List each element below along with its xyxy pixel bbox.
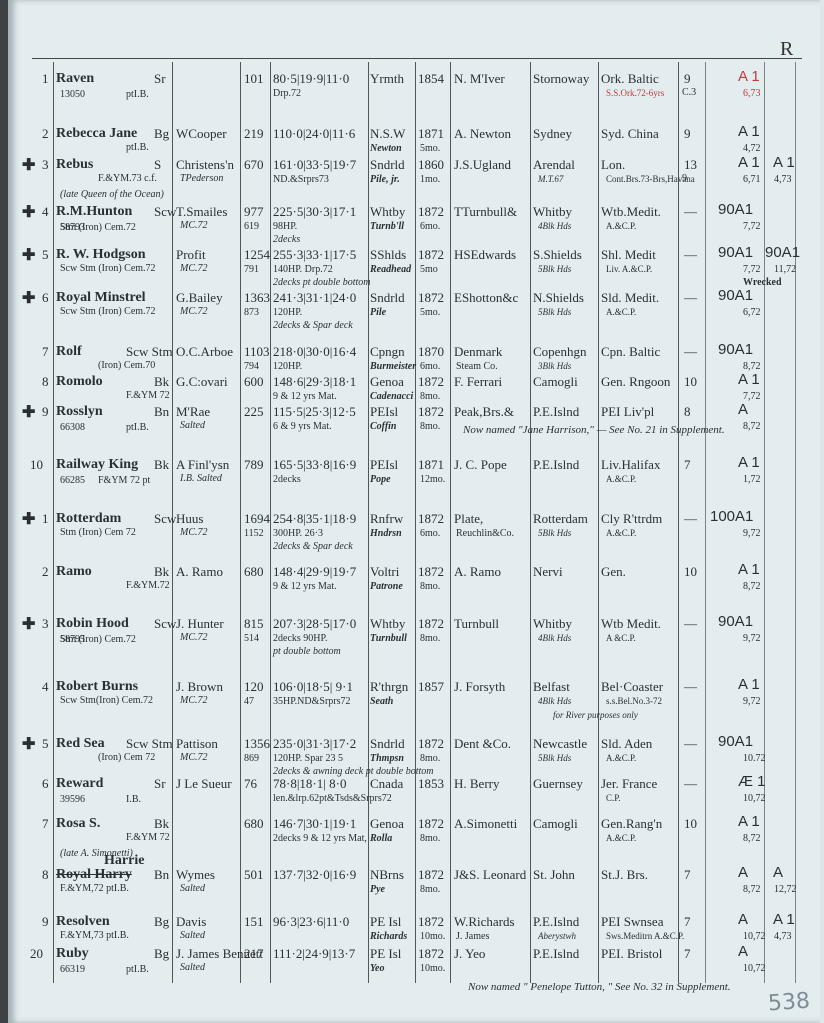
master-notes: I.B. Salted — [180, 472, 222, 485]
classification: 90A1 — [718, 289, 753, 302]
master-name: M'Rae — [176, 405, 210, 418]
builder: Burmeister — [370, 360, 416, 373]
entry-number: 8 — [42, 375, 49, 388]
dimension-notes: 120HP. — [273, 360, 302, 373]
dimension-notes-2: pt double bottom — [273, 645, 341, 658]
classification: A 1 — [738, 456, 760, 469]
master-notes: MC.72 — [180, 219, 208, 232]
port-notes: 3Blk Hds — [538, 360, 571, 373]
gross-tons: 670 — [244, 158, 264, 171]
dimensions: 115·5|25·3|12·5 — [273, 405, 356, 418]
draught: — — [684, 345, 697, 358]
draught: 10 — [684, 375, 697, 388]
owners: A.Simonetti — [454, 817, 517, 830]
hull-notes: F.&YM 72 — [126, 389, 170, 402]
rig-type: Bg — [154, 915, 169, 928]
hull-notes: I.B. — [126, 793, 141, 806]
rig-type: Sr — [154, 72, 166, 85]
rig-type: Bn — [154, 868, 169, 881]
voyage-notes: A.&C.P. — [606, 527, 636, 540]
built-at: PE Isl — [370, 947, 401, 960]
net-tons: 794 — [244, 360, 259, 373]
destined-voyage: Gen. Rngoon — [601, 375, 670, 388]
port-of-registry: Guernsey — [533, 777, 583, 790]
hull-notes: ptI.B. — [126, 88, 149, 101]
build-year: 1872 — [418, 405, 444, 418]
master-name: Pattison — [176, 737, 218, 750]
destined-voyage: Bel·Coaster — [601, 680, 663, 693]
dimensions: 148·6|29·3|18·1 — [273, 375, 356, 388]
gross-tons: 1254 — [244, 248, 270, 261]
class-date: 8,72 — [743, 832, 761, 845]
net-tons: 1152 — [244, 527, 264, 540]
owners: Denmark — [454, 345, 502, 358]
hull-notes: Stm (Iron) Cem.72 — [60, 221, 136, 234]
voyage-notes: A &C.P. — [606, 632, 636, 645]
dimension-notes: len.&lrp.62pt&Tsds&Srprs72 — [273, 792, 392, 805]
owners: Turnbull — [454, 617, 499, 630]
classification: A 1 — [738, 373, 760, 386]
net-tons: 791 — [244, 263, 259, 276]
dimensions: 165·5|33·8|16·9 — [273, 458, 356, 471]
dimension-notes-2: 2decks pt double bottom — [273, 276, 370, 289]
entry-number: 20 — [30, 947, 43, 960]
rig-type: Bg — [154, 127, 169, 140]
master-name: Christens'n — [176, 158, 234, 171]
cross-mark-icon: ✚ — [22, 288, 35, 308]
destined-voyage: Wtb.Medit. — [601, 205, 661, 218]
gross-tons: 680 — [244, 565, 264, 578]
hull-notes: Scw Stm(Iron) Cem.72 — [60, 694, 153, 707]
book-spine — [0, 0, 8, 1023]
gross-tons: 977 — [244, 205, 264, 218]
cross-mark-icon: ✚ — [22, 245, 35, 265]
draught: 7 — [684, 947, 691, 960]
port-of-registry: Whitby — [533, 205, 572, 218]
rig-type: S — [154, 158, 161, 171]
master-notes: MC.72 — [180, 694, 208, 707]
extra-classification: A — [773, 866, 783, 879]
gross-tons: 1694 — [244, 512, 270, 525]
dimensions: 106·0|18·5| 9·1 — [273, 680, 353, 693]
age: 5mo — [420, 263, 438, 276]
rig-type: Scw — [154, 512, 176, 525]
owners: Peak,Brs.& — [454, 405, 514, 418]
age: 10mo. — [420, 962, 445, 975]
draught: — — [684, 777, 697, 790]
port-of-registry: Camogli — [533, 375, 578, 388]
dimension-notes: 120HP. — [273, 306, 302, 319]
master-notes: MC.72 — [180, 305, 208, 318]
classification: A 1 — [738, 125, 760, 138]
master-name: Davis — [176, 915, 206, 928]
age: 8mo. — [420, 390, 440, 403]
port-of-registry: P.E.Islnd — [533, 405, 579, 418]
build-year: 1872 — [418, 947, 444, 960]
draught: 10 — [684, 817, 697, 830]
built-at: Rnfrw — [370, 512, 403, 525]
classification: 90A1 — [718, 735, 753, 748]
master-notes: Salted — [180, 961, 205, 974]
gross-tons: 789 — [244, 458, 264, 471]
entry-number: 2 — [42, 565, 49, 578]
hull-notes: F.&YM 72 — [126, 831, 170, 844]
built-at: SShlds — [370, 248, 406, 261]
port-of-registry: P.E.Islnd — [533, 915, 579, 928]
hull-notes: F&YM 72 pt — [98, 474, 150, 487]
class-date: 10.72 — [743, 752, 766, 765]
cross-mark-icon: ✚ — [22, 202, 35, 222]
ship-name: Ruby — [56, 947, 89, 960]
gross-tons: 1103 — [244, 345, 270, 358]
class-date: 7,72 — [743, 263, 761, 276]
port-of-registry: N.Shields — [533, 291, 584, 304]
rig-type: Bk — [154, 565, 169, 578]
master-name: J. Brown — [176, 680, 223, 693]
port-notes: 5Blk Hds — [538, 752, 571, 765]
builder: Coffin — [370, 420, 397, 433]
destined-voyage: Gen.Rang'n — [601, 817, 662, 830]
draught: — — [684, 205, 697, 218]
ship-name: Rosslyn — [56, 405, 103, 418]
built-at: PE Isl — [370, 915, 401, 928]
built-at: Whtby — [370, 617, 405, 630]
column-rule — [705, 62, 706, 983]
dimension-notes: 9 & 12 yrs Mat. — [273, 390, 337, 403]
rig-type: Bk — [154, 458, 169, 471]
port-of-registry: S.Shields — [533, 248, 582, 261]
master-name: WCooper — [176, 127, 227, 140]
port-of-registry: Newcastle — [533, 737, 587, 750]
port-notes: 5Blk Hds — [538, 527, 571, 540]
build-year: 1853 — [418, 777, 444, 790]
hull-notes: F.&YM.73 c.f. — [98, 172, 157, 185]
former-name: (late Queen of the Ocean) — [60, 188, 164, 201]
extra-class-date: 4,73 — [774, 930, 792, 943]
builder: Richards — [370, 930, 407, 943]
builder: Pope — [370, 473, 391, 486]
master-notes: Salted — [180, 929, 205, 942]
gross-tons: 101 — [244, 72, 264, 85]
entry-number: 9 — [42, 915, 49, 928]
classification: Æ 1 — [738, 775, 766, 788]
draught: 10 — [684, 565, 697, 578]
class-date: 9,72 — [743, 695, 761, 708]
dimension-notes: 9 & 12 yrs Mat. — [273, 580, 337, 593]
class-date: 1,72 — [743, 473, 761, 486]
ship-name: Reward — [56, 777, 103, 790]
builder: Hndrsn — [370, 527, 402, 540]
master-notes: MC.72 — [180, 631, 208, 644]
port-notes: 4Blk Hds — [538, 220, 571, 233]
hull-notes: F.&YM,73 ptI.B. — [60, 929, 129, 942]
draught: 9 — [684, 72, 691, 85]
voyage-extra-note: for River purposes only — [553, 709, 638, 722]
column-rule — [795, 62, 796, 983]
builder: Thmpsn — [370, 752, 404, 765]
draught: 7 — [684, 868, 691, 881]
ship-name: Ramo — [56, 565, 92, 578]
built-at: NBrns — [370, 868, 404, 881]
extra-class-date: 12,72 — [774, 883, 797, 896]
hull-notes: (Iron) Cem 72 — [98, 751, 155, 764]
classification: 100A1 — [710, 510, 753, 523]
ship-name: Royal Minstrel — [56, 291, 146, 304]
draught-note: C.3 — [682, 86, 696, 99]
port-notes: 5Blk Hds — [538, 306, 571, 319]
master-name: T.Smailes — [176, 205, 227, 218]
port-of-registry: P.E.Islnd — [533, 947, 579, 960]
age: 8mo. — [420, 832, 440, 845]
owners: F. Ferrari — [454, 375, 502, 388]
destined-voyage: Gen. — [601, 565, 626, 578]
age: 8mo. — [420, 632, 440, 645]
dimension-notes: 98HP. — [273, 220, 297, 233]
draught: — — [684, 617, 697, 630]
owners-2: Steam Co. — [456, 360, 498, 373]
column-rule — [678, 62, 679, 983]
entry-number: 4 — [42, 680, 49, 693]
hull-notes: Scw Stm (Iron) Cem.72 — [60, 305, 156, 318]
port-of-registry: Whitby — [533, 617, 572, 630]
port-notes: Aberystwh — [538, 930, 576, 943]
rig-type: Scw Stm — [126, 737, 173, 750]
builder: Yeo — [370, 962, 384, 975]
official-number: 13050 — [60, 88, 85, 101]
owners: A. Ramo — [454, 565, 501, 578]
dimensions: 148·4|29·9|19·7 — [273, 565, 356, 578]
classification: 90A1 — [718, 246, 753, 259]
cross-mark-icon: ✚ — [22, 734, 35, 754]
draught: — — [684, 248, 697, 261]
built-at: Sndrld — [370, 158, 405, 171]
class-date: 6,71 — [743, 173, 761, 186]
age: 8mo. — [420, 580, 440, 593]
age: 5mo. — [420, 306, 440, 319]
draught-note: 9 — [682, 172, 687, 185]
entry-number: 3 — [42, 617, 49, 630]
master-name: J. Hunter — [176, 617, 224, 630]
destined-voyage: Liv.Halifax — [601, 458, 660, 471]
owners-2: J. James — [456, 930, 489, 943]
dimension-notes: 6 & 9 yrs Mat. — [273, 420, 332, 433]
entry-number: 6 — [42, 291, 49, 304]
draught: 7 — [684, 458, 691, 471]
owners: J. C. Pope — [454, 458, 507, 471]
gross-tons: 1356 — [244, 737, 270, 750]
owners-2: Reuchlin&Co. — [456, 527, 514, 540]
dimensions: 137·7|32·0|16·9 — [273, 868, 356, 881]
builder: Seath — [370, 695, 393, 708]
voyage-notes: A.&C.P. — [606, 306, 636, 319]
port-of-registry: P.E.Islnd — [533, 458, 579, 471]
destined-voyage: Cpn. Baltic — [601, 345, 660, 358]
voyage-notes: A.&C.P. — [606, 832, 636, 845]
owners: Plate, — [454, 512, 483, 525]
entry-number: 6 — [42, 777, 49, 790]
classification: A — [738, 866, 748, 879]
rig-type: Sr — [154, 777, 166, 790]
port-of-registry: Belfast — [533, 680, 570, 693]
destined-voyage: Shl. Medit — [601, 248, 656, 261]
owners: J. Forsyth — [454, 680, 505, 693]
dimension-notes: Drp.72 — [273, 87, 301, 100]
classification: 90A1 — [718, 615, 753, 628]
dimensions: 218·0|30·0|16·4 — [273, 345, 356, 358]
column-rule — [53, 62, 54, 983]
net-tons: 619 — [244, 220, 259, 233]
dimension-notes: 35HP.ND&Srprs72 — [273, 695, 351, 708]
built-at: Cpngn — [370, 345, 405, 358]
gross-tons: 815 — [244, 617, 264, 630]
dimensions: 235·0|31·3|17·2 — [273, 737, 356, 750]
classification: A 1 — [738, 156, 760, 169]
entry-number: 9 — [42, 405, 49, 418]
class-date: 6,73 — [743, 87, 761, 100]
column-rule — [764, 62, 765, 983]
class-date: 10,72 — [743, 930, 766, 943]
master-name: J Le Sueur — [176, 777, 232, 790]
builder: Turnbull — [370, 632, 407, 645]
port-of-registry: Nervi — [533, 565, 563, 578]
classification: A — [738, 945, 748, 958]
built-at: PEIsl — [370, 405, 398, 418]
builder: Pile, jr. — [370, 173, 400, 186]
gross-tons: 217 — [244, 947, 264, 960]
cross-mark-icon: ✚ — [22, 402, 35, 422]
voyage-notes: Sws.Meditrn A.&C.P. — [606, 930, 684, 943]
dimension-notes: 2decks — [273, 473, 301, 486]
extra-classification: 90A1 — [765, 246, 800, 259]
master-notes: MC.72 — [180, 526, 208, 539]
net-tons: 873 — [244, 306, 259, 319]
built-at: Whtby — [370, 205, 405, 218]
net-tons: 47 — [244, 695, 254, 708]
rig-type: Bn — [154, 405, 169, 418]
owners: H. Berry — [454, 777, 500, 790]
destined-voyage: Cly R'ttrdm — [601, 512, 662, 525]
port-notes: 5Blk Hds — [538, 263, 571, 276]
master-name: A. Ramo — [176, 565, 223, 578]
builder: Readhead — [370, 263, 411, 276]
entry-number: 10 — [30, 458, 43, 471]
master-notes: Salted — [180, 882, 205, 895]
gross-tons: 219 — [244, 127, 264, 140]
hull-notes: Stm (Iron) Cem.72 — [60, 633, 136, 646]
dimension-notes-2: 2decks & Spar deck — [273, 540, 353, 553]
build-year: 1872 — [418, 291, 444, 304]
ship-name: Railway King — [56, 458, 138, 471]
pencil-page-number: 538 — [767, 989, 811, 1017]
gross-tons: 600 — [244, 375, 264, 388]
port-of-registry: Stornoway — [533, 72, 589, 85]
port-of-registry: Camogli — [533, 817, 578, 830]
extra-class-date: 11,72 — [774, 263, 796, 276]
voyage-notes: A.&C.P. — [606, 752, 636, 765]
ship-name: R.M.Hunton — [56, 205, 132, 218]
master-name: G.Bailey — [176, 291, 223, 304]
owners: N. M'Iver — [454, 72, 505, 85]
draught: 7 — [684, 915, 691, 928]
master-name: A Finl'ysn — [176, 458, 229, 471]
classification: A — [738, 403, 748, 416]
destined-voyage: Sld. Aden — [601, 737, 652, 750]
build-year: 1860 — [418, 158, 444, 171]
voyage-notes: S.S.Ork.72-6yrs — [606, 87, 664, 100]
build-year: 1872 — [418, 737, 444, 750]
owners: J.S.Ugland — [454, 158, 511, 171]
ship-name: Red Sea — [56, 737, 105, 750]
build-year: 1854 — [418, 72, 444, 85]
destined-voyage: St.J. Brs. — [601, 868, 648, 881]
voyage-notes: A.&C.P. — [606, 473, 636, 486]
owners: Dent &Co. — [454, 737, 511, 750]
draught: — — [684, 737, 697, 750]
dimensions: 225·5|30·3|17·1 — [273, 205, 356, 218]
voyage-notes: s.s.Bel.No.3-72 — [606, 695, 662, 708]
build-year: 1872 — [418, 617, 444, 630]
built-at: Voltri — [370, 565, 399, 578]
hull-notes: Stm (Iron) Cem 72 — [60, 526, 136, 539]
build-year: 1857 — [418, 680, 444, 693]
owners: A. Newton — [454, 127, 511, 140]
port-notes: 4Blk Hds — [538, 695, 571, 708]
owners: TTurnbull& — [454, 205, 517, 218]
cross-mark-icon: ✚ — [22, 155, 35, 175]
column-rule — [598, 62, 599, 983]
destined-voyage: PEI. Bristol — [601, 947, 662, 960]
column-rule — [415, 62, 416, 983]
official-number: 66319 — [60, 963, 85, 976]
hull-notes: (Iron) Cem.70 — [98, 359, 155, 372]
build-year: 1870 — [418, 345, 444, 358]
ship-name: Robin Hood — [56, 617, 129, 630]
master-notes: MC.72 — [180, 262, 208, 275]
column-rule — [240, 62, 241, 983]
rig-type: Bk — [154, 817, 169, 830]
class-date: 6,72 — [743, 306, 761, 319]
master-notes: TPederson — [180, 172, 223, 185]
age: 6mo. — [420, 527, 440, 540]
master-notes: Salted — [180, 419, 205, 432]
entry-number: 3 — [42, 158, 49, 171]
class-date: 8,72 — [743, 883, 761, 896]
age: 6mo. — [420, 360, 440, 373]
column-rule — [530, 62, 531, 983]
voyage-notes: Liv. A.&C.P. — [606, 263, 652, 276]
official-number: 66285 — [60, 474, 85, 487]
gross-tons: 151 — [244, 915, 264, 928]
name-correction: Harrie — [104, 854, 144, 867]
hull-notes: Scw Stm (Iron) Cem.72 — [60, 262, 156, 275]
dimensions: 241·3|31·1|24·0 — [273, 291, 356, 304]
master-name: Profit — [176, 248, 206, 261]
builder: Pile — [370, 306, 386, 319]
ship-name: Rebus — [56, 158, 93, 171]
hull-notes: ptI.B. — [126, 421, 149, 434]
dimensions: 110·0|24·0|11·6 — [273, 127, 355, 140]
port-of-registry: Copenhgn — [533, 345, 586, 358]
classification: 90A1 — [718, 203, 753, 216]
built-at: Sndrld — [370, 291, 405, 304]
built-at: PEIsl — [370, 458, 398, 471]
rig-type: Scw Stm — [126, 345, 173, 358]
class-date: 10,72 — [743, 792, 766, 805]
rig-type: Scw — [154, 205, 176, 218]
owners: J. Yeo — [454, 947, 485, 960]
ship-name: Rotterdam — [56, 512, 121, 525]
port-of-registry: Sydney — [533, 127, 572, 140]
